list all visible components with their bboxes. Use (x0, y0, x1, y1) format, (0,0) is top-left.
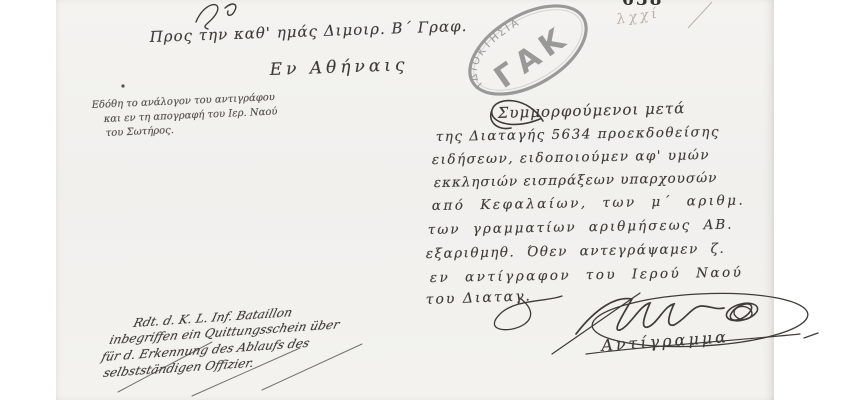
signature-cross-stroke (552, 293, 640, 354)
ink-dot (121, 84, 124, 87)
signature-oval (591, 288, 809, 351)
signature-underline (586, 333, 818, 354)
archive-stamp: ΙΔΙΟΚΤΗΣΙΑ ΓΑΚ (452, 0, 601, 114)
footer-flourish-stroke (118, 342, 212, 392)
initial-capital-flourish (491, 101, 543, 129)
footer-flourish-stroke (192, 348, 300, 396)
ink-flourish-layer: ΙΔΙΟΚΤΗΣΙΑ ΓΑΚ (0, 0, 848, 400)
scanned-document: 638 λχχί Προς την καθ' ημάς Διμοιρ. Β΄ Γ… (0, 0, 848, 400)
closing-flourish (494, 296, 562, 330)
signature-knot (724, 300, 759, 324)
footer-flourish-stroke (262, 344, 362, 390)
monogram-flourish (196, 4, 236, 29)
faint-stroke (688, 2, 712, 28)
